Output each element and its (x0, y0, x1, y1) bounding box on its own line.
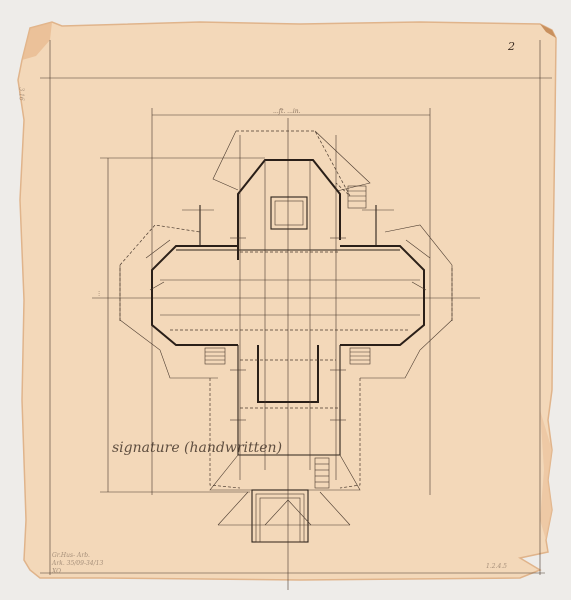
corner-note: 1.2.4.5 (486, 563, 507, 571)
sheet-number: 2 (508, 40, 515, 53)
archive-note-line-1: Gr.Hus- Arb. (52, 552, 103, 560)
edge-tab-mark: 3.16 (17, 87, 25, 100)
top-dimension-label: ...ft. ...in. (273, 108, 301, 115)
drawing-sheet: 2 ...ft. ...in. ... signature (handwritt… (0, 0, 571, 600)
archive-note-line-3: XO (52, 568, 103, 576)
left-dimension-label: ... (94, 291, 101, 297)
archive-note-line-2: Ark. 35/09-34/13 (52, 560, 103, 568)
signature: signature (handwritten) (112, 440, 282, 456)
archive-note: Gr.Hus- Arb. Ark. 35/09-34/13 XO (52, 552, 103, 576)
paper-sheet (18, 22, 556, 580)
floor-plan-drawing (0, 0, 571, 600)
